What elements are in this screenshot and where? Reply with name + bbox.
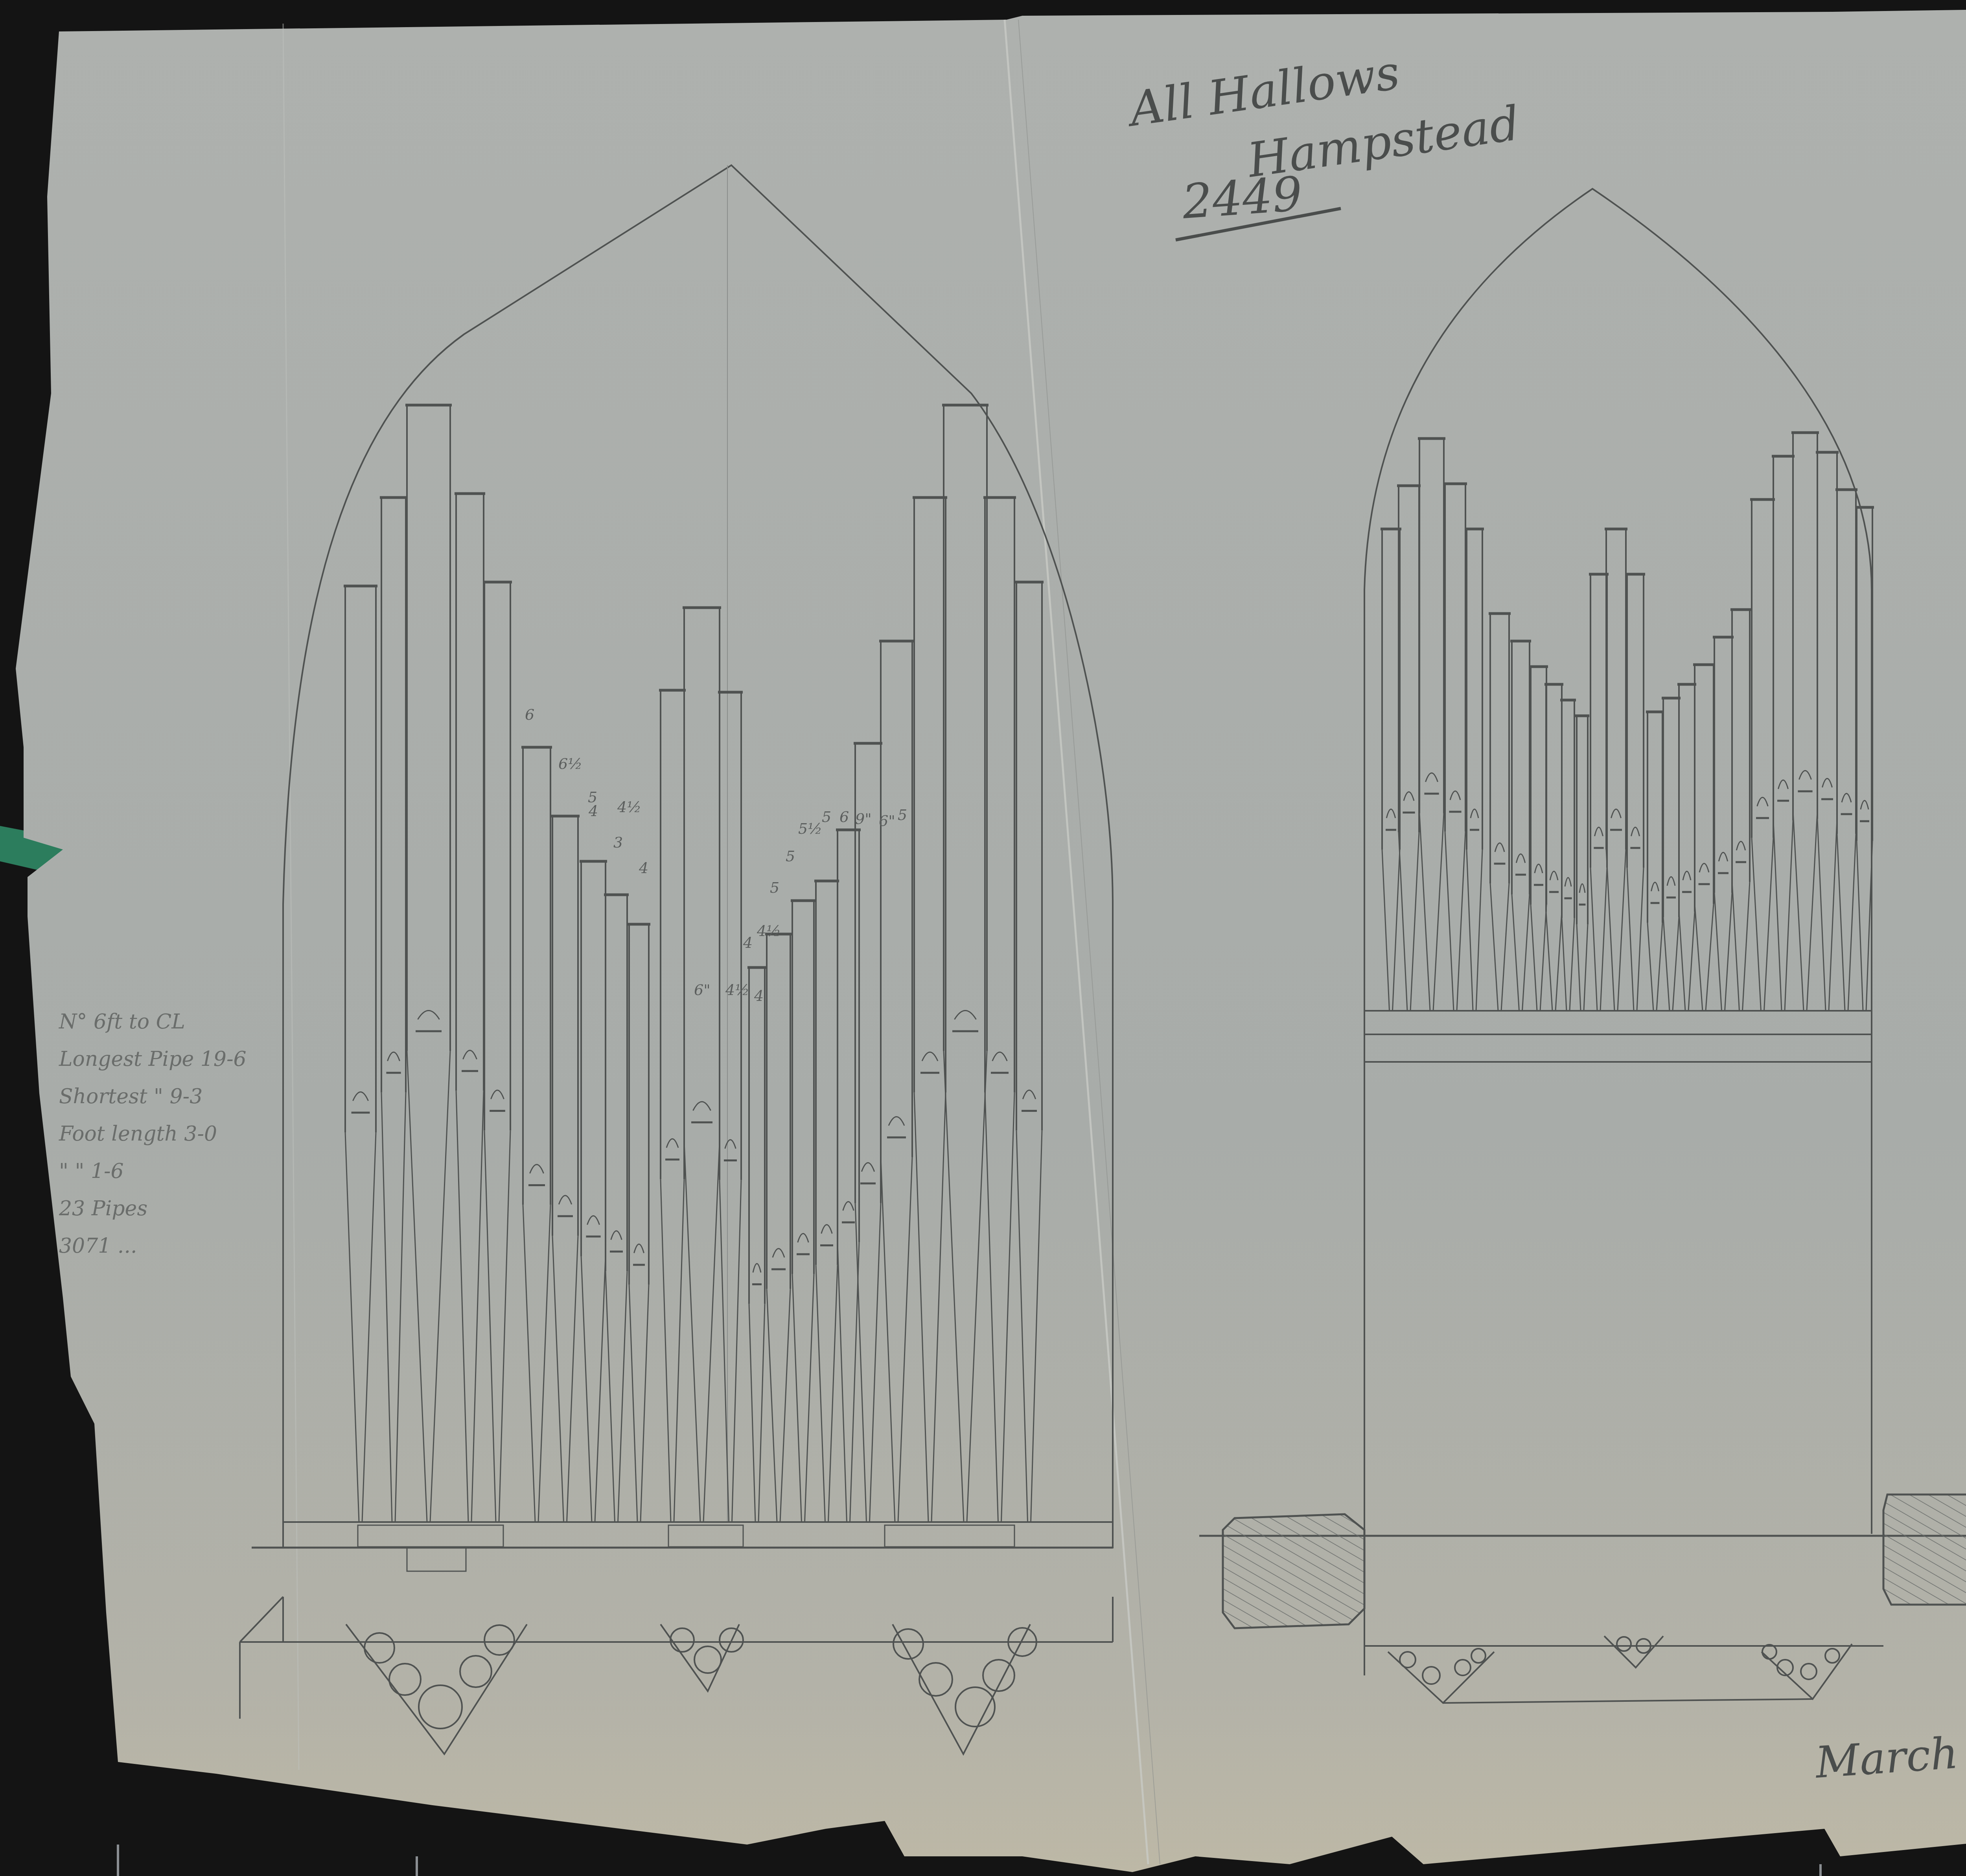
pipe-label: 4 bbox=[588, 802, 598, 820]
margin-note: 23 Pipes bbox=[59, 1197, 147, 1220]
pipe-label: 5 bbox=[898, 806, 907, 824]
pipe-label: 6 bbox=[839, 808, 849, 826]
scanned-drawing: All Hallows Hampstead 2449 March 4 / 15 … bbox=[0, 0, 1966, 1876]
margin-note: Foot length 3-0 bbox=[59, 1122, 217, 1146]
pipe-label: 9" bbox=[855, 810, 872, 827]
pipe-label: 4½ bbox=[617, 798, 641, 816]
pipe-label: 6½ bbox=[558, 755, 582, 772]
pipe-label: 5½ bbox=[798, 820, 822, 837]
pipe-label: 6" bbox=[694, 981, 711, 999]
margin-note: N° 6ft to CL bbox=[58, 1010, 185, 1034]
pipe-label: 4 bbox=[743, 934, 753, 951]
pipe-label: 5 bbox=[822, 808, 831, 826]
margin-note: Shortest " 9-3 bbox=[59, 1085, 202, 1108]
pipe-label: 3 bbox=[613, 834, 623, 851]
margin-note: 3071 ... bbox=[59, 1234, 137, 1258]
pipe-label: 4½ bbox=[757, 922, 781, 940]
left-pier bbox=[1223, 1514, 1364, 1628]
margin-note: Longest Pipe 19-6 bbox=[59, 1047, 247, 1071]
pipe-label: 5 bbox=[770, 879, 779, 896]
pipe-label: 6 bbox=[525, 706, 534, 723]
margin-note: " " 1-6 bbox=[59, 1159, 124, 1183]
tracing-paper bbox=[16, 8, 1966, 1872]
pipe-label: 4½ bbox=[725, 981, 749, 999]
pipe-label: 6" bbox=[879, 812, 895, 829]
pipe-label: 5 bbox=[786, 848, 795, 865]
organ-case-drawing: All Hallows Hampstead 2449 March 4 / 15 … bbox=[0, 0, 1966, 1876]
pipe-label: 4 bbox=[754, 987, 764, 1004]
right-pier bbox=[1883, 1495, 1966, 1605]
pipe-label: 4 bbox=[639, 859, 648, 877]
